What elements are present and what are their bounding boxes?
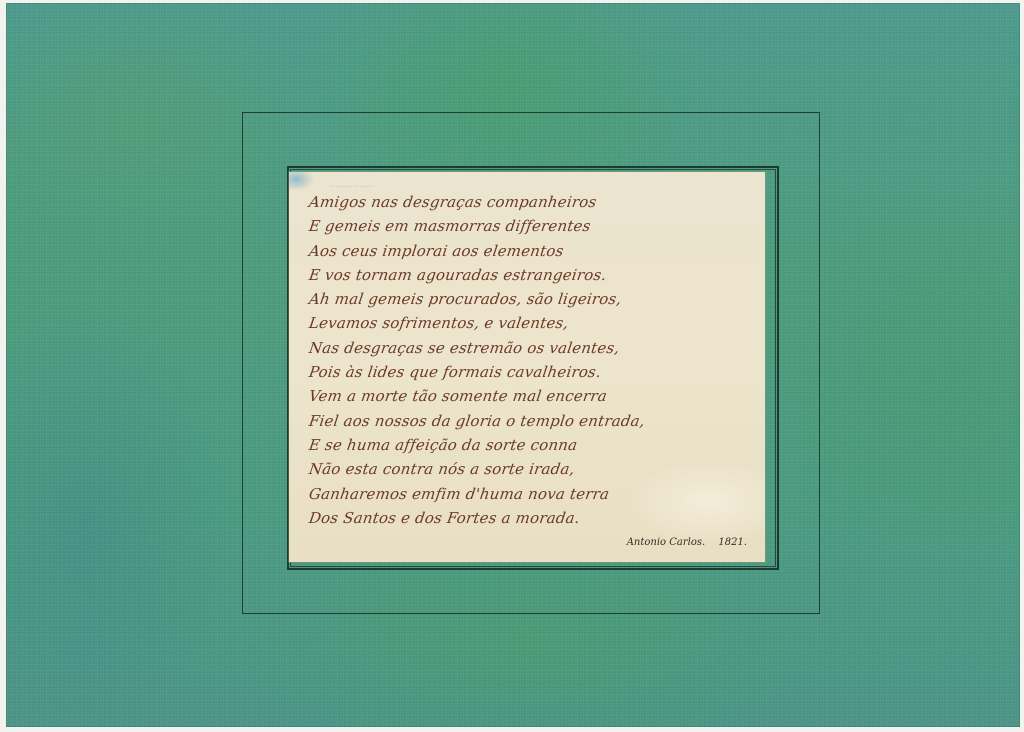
- signature: Antonio Carlos. 1821.: [627, 537, 747, 548]
- poem-text: Amigos nas desgraças companheiros E geme…: [309, 190, 755, 530]
- poem-line: Amigos nas desgraças companheiros: [307, 190, 756, 214]
- poem-line: E gemeis em masmorras differentes: [307, 214, 756, 238]
- poem-line: Nas desgraças se estremão os valentes,: [307, 336, 756, 360]
- signature-name: Antonio Carlos.: [627, 537, 705, 548]
- poem-line: Não esta contra nós a sorte irada,: [307, 457, 756, 481]
- poem-line: Levamos sofrimentos, e valentes,: [307, 311, 756, 335]
- blue-corner-stain: [289, 172, 313, 190]
- poem-line: Ah mal gemeis procurados, são ligeiros,: [307, 287, 756, 311]
- poem-line: Fiel aos nossos da gloria o templo entra…: [307, 409, 756, 433]
- manuscript-page: …………… Amigos nas desgraças companheiros …: [289, 172, 765, 562]
- signature-year: 1821.: [718, 537, 747, 548]
- faint-header-text: ……………: [329, 180, 374, 190]
- poem-line: E se huma affeição da sorte conna: [307, 433, 756, 457]
- poem-line: E vos tornam agouradas estrangeiros.: [307, 263, 756, 287]
- poem-line: Pois às lides que formais cavalheiros.: [307, 360, 756, 384]
- poem-line: Vem a morte tão somente mal encerra: [307, 384, 756, 408]
- poem-line: Aos ceus implorai aos elementos: [307, 239, 756, 263]
- poem-line: Ganharemos emfim d'huma nova terra: [307, 482, 756, 506]
- poem-line: Dos Santos e dos Fortes a morada.: [307, 506, 756, 530]
